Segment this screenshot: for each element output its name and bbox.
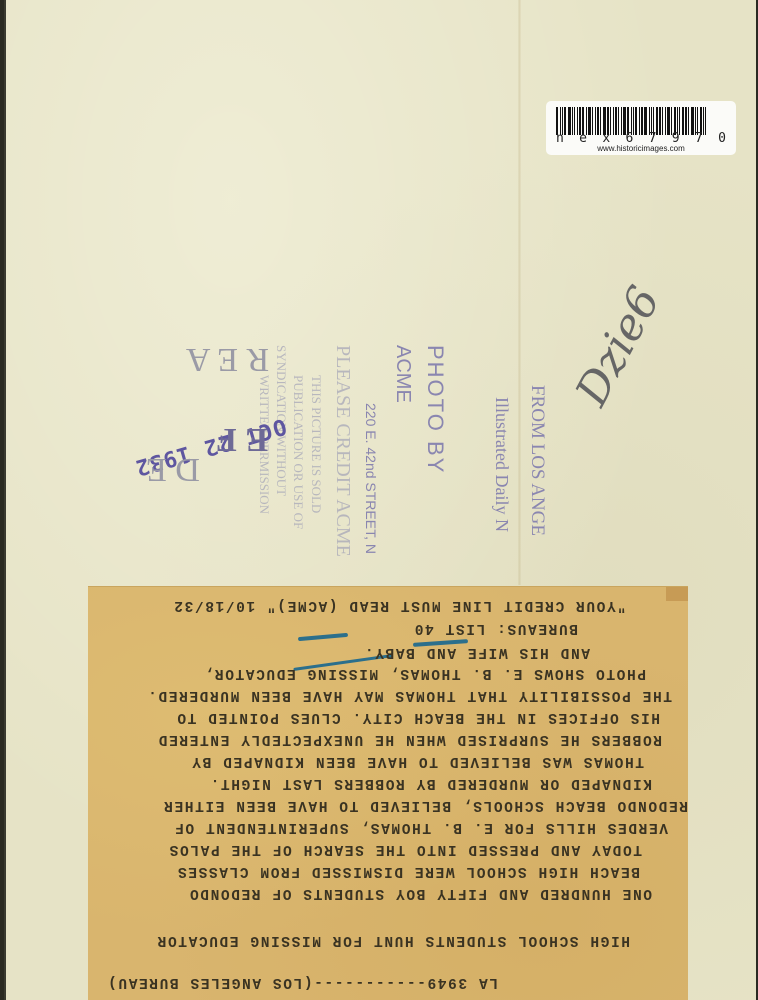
pencil-notation: Dzie6 bbox=[566, 278, 670, 414]
initials-stamp-1: R E A bbox=[186, 340, 269, 378]
caption-body-line: THOMAS WAS BELIEVED TO HAVE BEEN KIDNAPE… bbox=[44, 753, 644, 769]
credit-stamp-line3: PUBLICATION OR USE OF bbox=[290, 375, 306, 529]
caption-body-line: VERDES HILLS FOR E. B. THOMAS, SUPERINTE… bbox=[68, 819, 668, 835]
stain bbox=[666, 587, 688, 601]
caption-body-line: PHOTO SHOWS E. B. THOMAS, MISSING EDUCAT… bbox=[46, 665, 646, 681]
caption-bureau-slug: LA 3949-----------(LOS ANGELES BUREAU) bbox=[0, 974, 498, 990]
caption-body-line: AND HIS WIFE AND BABY. bbox=[0, 644, 590, 660]
initials-stamp-3: D E bbox=[146, 450, 200, 488]
caption-card: "YOUR CREDIT LINE MUST READ (ACME)" 10/1… bbox=[88, 586, 688, 1000]
photo-by-stamp: PHOTO BY bbox=[422, 345, 448, 474]
caption-body-line: KIDNAPED OR MURDERED BY ROBBERS LAST NIG… bbox=[52, 775, 652, 791]
caption-body-line: ROBBERS HE SURPRISED WHEN HE UNEXPECTEDL… bbox=[62, 731, 662, 747]
caption-body-line: HIS OFFICES IN THE BEACH CITY. CLUES POI… bbox=[60, 709, 660, 725]
caption-body-line: TODAY AND PRESSED INTO THE SEARCH OF THE… bbox=[42, 841, 642, 857]
barcode-url: www.historicimages.com bbox=[546, 144, 736, 153]
from-stamp-line2: Illustrated Daily N bbox=[491, 397, 512, 532]
caption-body-line: BEACH HIGH SCHOOL WERE DISMISSED FROM CL… bbox=[40, 863, 640, 879]
acme-stamp: ACME bbox=[391, 345, 414, 403]
caption-body-line: THE POSSIBILITY THAT THOMAS MAY HAVE BEE… bbox=[72, 687, 672, 703]
caption-credit-line: "YOUR CREDIT LINE MUST READ (ACME)" 10/1… bbox=[26, 597, 626, 613]
fold-line bbox=[518, 0, 521, 585]
caption-body-line: REDONDO BEACH SCHOOLS, BELIEVED TO HAVE … bbox=[88, 797, 688, 813]
caption-headline: HIGH SCHOOL STUDENTS HUNT FOR MISSING ED… bbox=[30, 932, 630, 948]
initials-stamp-2: E F bbox=[216, 420, 268, 458]
caption-bureaus-line: BUREAUS: LIST 40 bbox=[0, 620, 578, 636]
caption-body-line: ONE HUNDRED AND FIFTY BOY STUDENTS OF RE… bbox=[52, 885, 652, 901]
barcode-label: n e x 6 7 9 7 0 www.historicimages.com bbox=[546, 101, 736, 155]
from-stamp-line1: FROM LOS ANGE bbox=[526, 385, 548, 536]
credit-stamp-line1: PLEASE CREDIT ACME bbox=[331, 345, 354, 557]
address-stamp: 220 E. 42nd STREET, N bbox=[363, 403, 379, 554]
credit-stamp-line2: THIS PICTURE IS SOLD bbox=[308, 375, 324, 513]
